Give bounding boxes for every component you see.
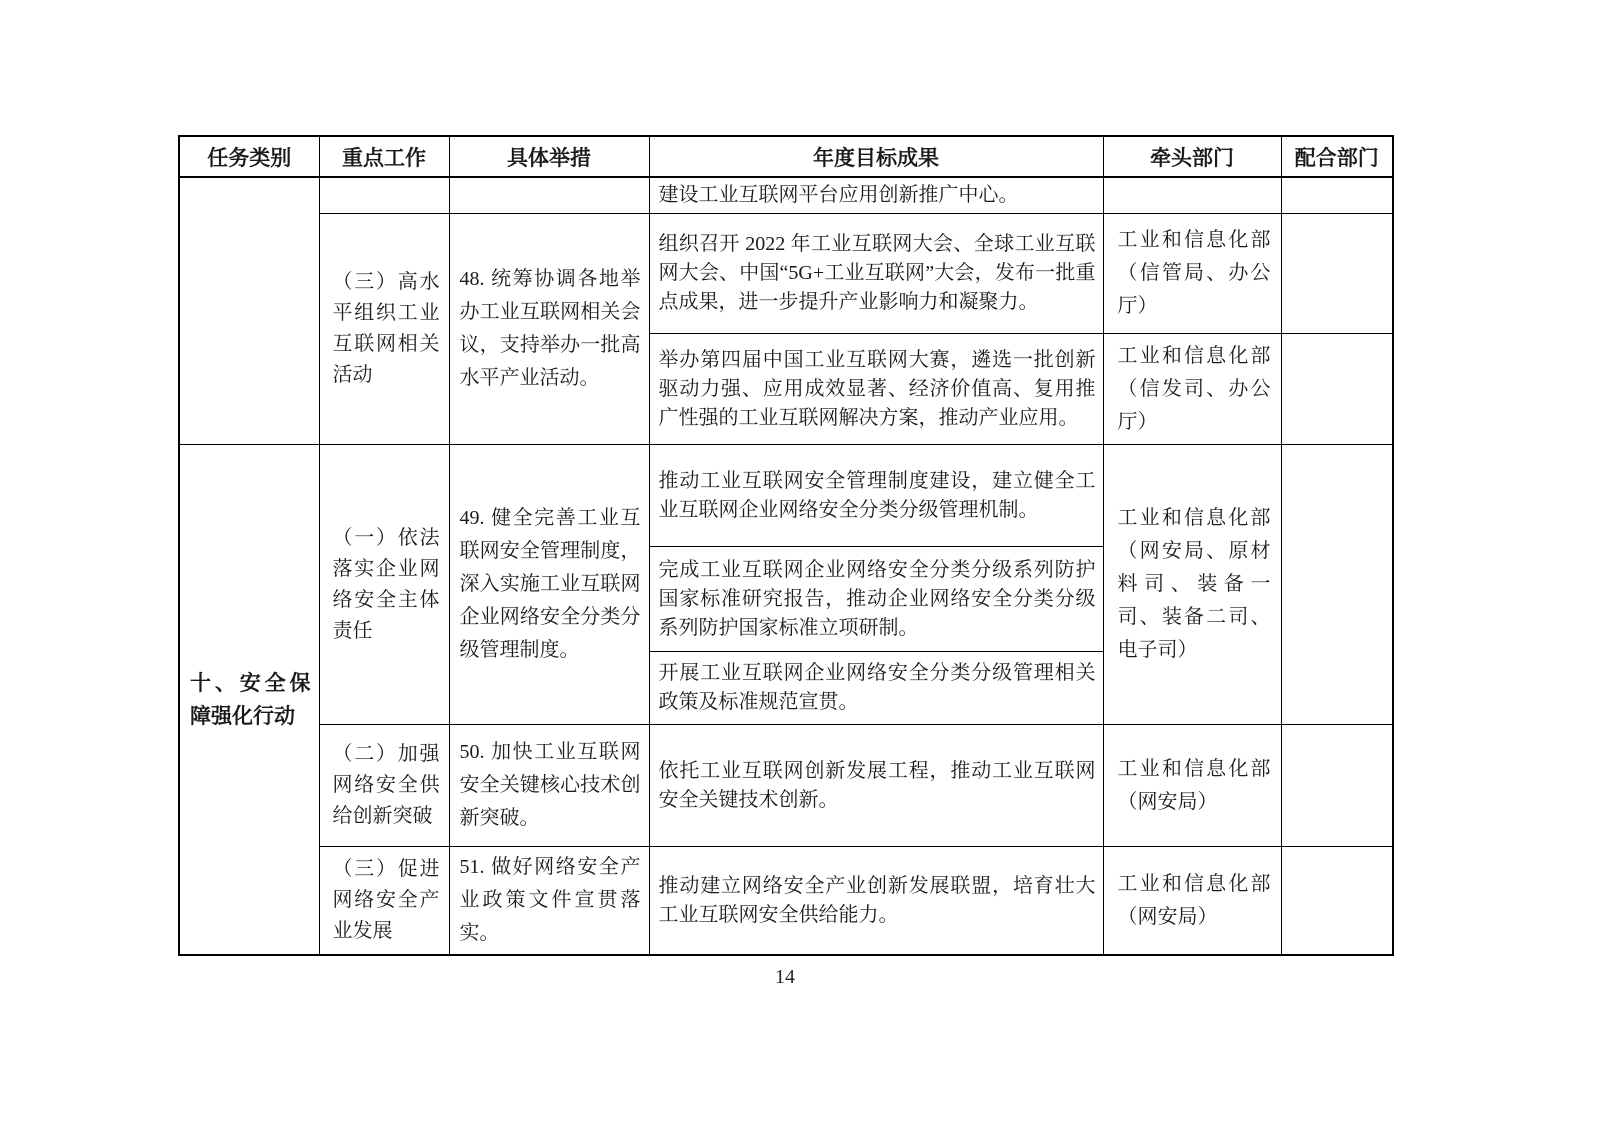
cell-target-49c: 开展工业互联网企业网络安全分类分级管理相关政策及标准规范宣贯。 bbox=[649, 652, 1103, 725]
cell-task-category-continued bbox=[179, 177, 319, 445]
table-row: （三）促进网络安全产业发展 51. 做好网络安全产业政策文件宣贯落实。 推动建立… bbox=[179, 847, 1393, 956]
cell-lead-50: 工业和信息化部（网安局） bbox=[1103, 725, 1281, 847]
table-row: （三）高水平组织工业互联网相关活动 48. 统筹协调各地举办工业互联网相关会议，… bbox=[179, 214, 1393, 334]
cell-lead-48b: 工业和信息化部（信发司、办公厅） bbox=[1103, 334, 1281, 445]
cell-support-empty bbox=[1281, 177, 1393, 214]
cell-support-empty bbox=[1281, 445, 1393, 725]
header-lead-department: 牵头部门 bbox=[1103, 136, 1281, 177]
cell-target-49b: 完成工业互联网企业网络安全分类分级系列防护国家标准研究报告，推动企业网络安全分类… bbox=[649, 547, 1103, 652]
table-row: 建设工业互联网平台应用创新推广中心。 bbox=[179, 177, 1393, 214]
header-task-category: 任务类别 bbox=[179, 136, 319, 177]
cell-work-51: （三）促进网络安全产业发展 bbox=[319, 847, 449, 956]
cell-measure-empty bbox=[449, 177, 649, 214]
table-header-row: 任务类别 重点工作 具体举措 年度目标成果 牵头部门 配合部门 bbox=[179, 136, 1393, 177]
cell-target-48a: 组织召开 2022 年工业互联网大会、全球工业互联网大会、中国“5G+工业互联网… bbox=[649, 214, 1103, 334]
cell-target-48b: 举办第四届中国工业互联网大赛，遴选一批创新驱动力强、应用成效显著、经济价值高、复… bbox=[649, 334, 1103, 445]
header-annual-targets: 年度目标成果 bbox=[649, 136, 1103, 177]
header-measures: 具体举措 bbox=[449, 136, 649, 177]
cell-target-50a: 依托工业互联网创新发展工程，推动工业互联网安全关键技术创新。 bbox=[649, 725, 1103, 847]
cell-support-empty bbox=[1281, 334, 1393, 445]
cell-work-50: （二）加强网络安全供给创新突破 bbox=[319, 725, 449, 847]
cell-work-49: （一）依法落实企业网络安全主体责任 bbox=[319, 445, 449, 725]
header-key-work: 重点工作 bbox=[319, 136, 449, 177]
cell-measure-48: 48. 统筹协调各地举办工业互联网相关会议，支持举办一批高水平产业活动。 bbox=[449, 214, 649, 445]
cell-lead-51: 工业和信息化部（网安局） bbox=[1103, 847, 1281, 956]
cell-target-51a: 推动建立网络安全产业创新发展联盟，培育壮大工业互联网安全供给能力。 bbox=[649, 847, 1103, 956]
table-row: （二）加强网络安全供给创新突破 50. 加快工业互联网安全关键核心技术创新突破。… bbox=[179, 725, 1393, 847]
cell-support-empty bbox=[1281, 214, 1393, 334]
cell-target-49a: 推动工业互联网安全管理制度建设，建立健全工业互联网企业网络安全分类分级管理机制。 bbox=[649, 445, 1103, 547]
cell-key-work-empty bbox=[319, 177, 449, 214]
cell-lead-49: 工业和信息化部（网安局、原材料司、装备一司、装备二司、电子司） bbox=[1103, 445, 1281, 725]
cell-task-category-section10: 十、安全保障强化行动 bbox=[179, 445, 319, 956]
header-support-department: 配合部门 bbox=[1281, 136, 1393, 177]
cell-target-platform-center: 建设工业互联网平台应用创新推广中心。 bbox=[649, 177, 1103, 214]
cell-measure-50: 50. 加快工业互联网安全关键核心技术创新突破。 bbox=[449, 725, 649, 847]
document-page: 任务类别 重点工作 具体举措 年度目标成果 牵头部门 配合部门 建设工业互联网平… bbox=[0, 0, 1600, 1130]
cell-work-48: （三）高水平组织工业互联网相关活动 bbox=[319, 214, 449, 445]
cell-lead-empty bbox=[1103, 177, 1281, 214]
table-row: 十、安全保障强化行动 （一）依法落实企业网络安全主体责任 49. 健全完善工业互… bbox=[179, 445, 1393, 547]
cell-measure-51: 51. 做好网络安全产业政策文件宣贯落实。 bbox=[449, 847, 649, 956]
page-number: 14 bbox=[178, 966, 1392, 989]
task-plan-table: 任务类别 重点工作 具体举措 年度目标成果 牵头部门 配合部门 建设工业互联网平… bbox=[178, 135, 1394, 956]
cell-support-empty bbox=[1281, 725, 1393, 847]
cell-measure-49: 49. 健全完善工业互联网安全管理制度，深入实施工业互联网企业网络安全分类分级管… bbox=[449, 445, 649, 725]
cell-support-empty bbox=[1281, 847, 1393, 956]
cell-lead-48a: 工业和信息化部（信管局、办公厅） bbox=[1103, 214, 1281, 334]
